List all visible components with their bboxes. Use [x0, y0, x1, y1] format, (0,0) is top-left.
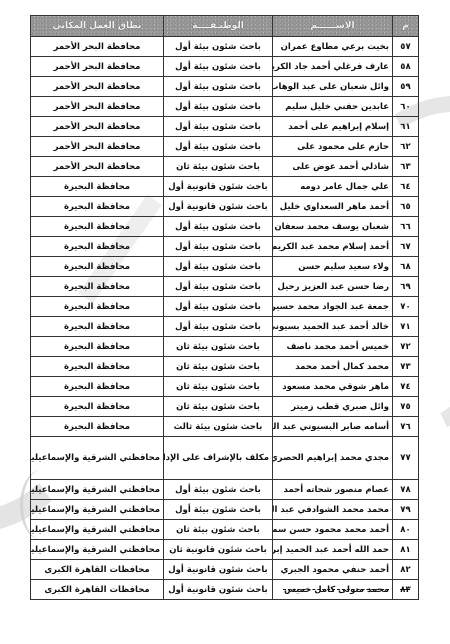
table-header-row: م الاســــــم الوظيـفــــة نطاق العمل ال…: [31, 16, 419, 37]
job-title: باحث شئون بيئة أول: [164, 237, 273, 257]
job-title: باحث شئون بيئة أول: [164, 217, 273, 237]
row-number: ٦٥: [393, 197, 419, 217]
work-scope: محافظة البحر الأحمر: [31, 137, 164, 157]
row-number: ٧٥: [393, 397, 419, 417]
job-title: باحث شئون بيئة أول: [164, 500, 273, 520]
row-number: ٦٠: [393, 97, 419, 117]
employee-name: عصام منصور شحاته أحمد: [273, 480, 393, 500]
employees-table: م الاســــــم الوظيـفــــة نطاق العمل ال…: [30, 15, 419, 600]
employee-name: خميس أحمد محمد ناصف: [273, 337, 393, 357]
job-title: باحث شئون بيئة أول: [164, 97, 273, 117]
row-number: ٦٤: [393, 177, 419, 197]
table-row: ٥٨عارف فرغلي أحمد جاد الكريمباحث شئون بي…: [31, 57, 419, 77]
row-number: ٧٢: [393, 337, 419, 357]
table-row: ٧١خالد أحمد عبد الحميد بسيونيباحث شئون ب…: [31, 317, 419, 337]
work-scope: محافظة البحر الأحمر: [31, 37, 164, 57]
row-number: ٥٨: [393, 57, 419, 77]
job-title: باحث شئون بيئة أول: [164, 277, 273, 297]
work-scope: محافظة البحر الأحمر: [31, 77, 164, 97]
employee-name: أحمد إسلام محمد عبد الكريم: [273, 237, 393, 257]
work-scope: محافظة البحر الأحمر: [31, 97, 164, 117]
work-scope: محافظتي الشرقية والإسماعيلية: [31, 540, 164, 560]
work-scope: محافظات القاهرة الكبرى: [31, 560, 164, 580]
work-scope: محافظتي الشرقية والإسماعيلية: [31, 480, 164, 500]
table-row: ٧٦أسامه صابر البسيوني عبد المنعمباحث شئو…: [31, 417, 419, 437]
employee-name: وائل شعبان على عبد الوهاب: [273, 77, 393, 97]
employee-name: أسامه صابر البسيوني عبد المنعم: [273, 417, 393, 437]
employee-name: بخيت برعي مطاوع عمران: [273, 37, 393, 57]
row-number: ٨١: [393, 540, 419, 560]
table-row: ٦٧أحمد إسلام محمد عبد الكريمباحث شئون بي…: [31, 237, 419, 257]
header-number: م: [393, 16, 419, 37]
row-number: ٧٧: [393, 437, 419, 480]
employee-name: ماهر شوقي محمد مسعود: [273, 377, 393, 397]
employee-name: أحمد محمد محمود حسن سمرة: [273, 520, 393, 540]
work-scope: محافظة البحيرة: [31, 377, 164, 397]
job-title: باحث شئون بيئة أول: [164, 257, 273, 277]
table-row: ٦٨ولاء سعيد سليم حسنباحث شئون بيئة أولمح…: [31, 257, 419, 277]
job-title: باحث شئون بيئة ثان: [164, 157, 273, 177]
job-title: باحث شئون قانونية ثان: [164, 540, 273, 560]
row-number: ٧١: [393, 317, 419, 337]
employee-name: مجدي محمد إبراهيم الحصري: [273, 437, 393, 480]
job-title: باحث شئون بيئة أول: [164, 297, 273, 317]
row-number: ٨٣: [393, 580, 419, 600]
job-title: باحث شئون بيئة أول: [164, 77, 273, 97]
employee-name: محمد محمد الشوادفي عبد الله: [273, 500, 393, 520]
row-number: ٦٨: [393, 257, 419, 277]
table-row: ٧٣محمد كمال أحمد محمدباحث شئون بيئة ثانم…: [31, 357, 419, 377]
employee-name: محمد كمال أحمد محمد: [273, 357, 393, 377]
employee-name: خالد أحمد عبد الحميد بسيوني: [273, 317, 393, 337]
employee-name: حازم على محمود على: [273, 137, 393, 157]
row-number: ٧٤: [393, 377, 419, 397]
job-title: باحث شئون بيئة ثان: [164, 520, 273, 540]
employee-name: إسلام إبراهيم على أحمد: [273, 117, 393, 137]
table-row: ٦٦شعبان يوسف محمد سعفانباحث شئون بيئة أو…: [31, 217, 419, 237]
job-title: باحث شئون قانونية أول: [164, 177, 273, 197]
header-scope: نطاق العمل المكاني: [31, 16, 164, 37]
job-title: باحث شئون بيئة ثان: [164, 357, 273, 377]
table-row: ٨١حمد الله أحمد عبد الحميد إبراهيمباحث ش…: [31, 540, 419, 560]
work-scope: محافظة البحيرة: [31, 217, 164, 237]
table-row: ٨٣محمد متولى كامل خميسباحث شئون قانونية …: [31, 580, 419, 600]
table-row: ٧٤ماهر شوقي محمد مسعودباحث شئون بيئة ثان…: [31, 377, 419, 397]
row-number: ٥٩: [393, 77, 419, 97]
table-row: ٦٠عابدين حفني خليل سليمباحث شئون بيئة أو…: [31, 97, 419, 117]
table-row: ٧٥وائل صبري قطب زميترباحث شئون بيئة ثانم…: [31, 397, 419, 417]
row-number: ٧٨: [393, 480, 419, 500]
employee-name: عابدين حفني خليل سليم: [273, 97, 393, 117]
job-title: باحث شئون بيئة ثان: [164, 337, 273, 357]
work-scope: محافظة البحر الأحمر: [31, 57, 164, 77]
employee-name: شاذلي أحمد عوض على: [273, 157, 393, 177]
work-scope: محافظة البحيرة: [31, 177, 164, 197]
table-row: ٦٥أحمد ماهر السعداوي خليلباحث شئون قانون…: [31, 197, 419, 217]
row-number: ٨٢: [393, 560, 419, 580]
work-scope: محافظة البحيرة: [31, 337, 164, 357]
row-number: ٦٣: [393, 157, 419, 177]
job-title: باحث شئون بيئة أول: [164, 317, 273, 337]
row-number: ٧٠: [393, 297, 419, 317]
row-number: ٦٦: [393, 217, 419, 237]
table-body: ٥٧بخيت برعي مطاوع عمرانباحث شئون بيئة أو…: [31, 37, 419, 600]
work-scope: محافظة البحيرة: [31, 317, 164, 337]
work-scope: محافظات القاهرة الكبرى: [31, 580, 164, 600]
job-title: باحث شئون بيئة أول: [164, 117, 273, 137]
table-row: ٦٩رضا حسن عبد العزيز رحيلباحث شئون بيئة …: [31, 277, 419, 297]
job-title: باحث شئون بيئة ثالث: [164, 417, 273, 437]
work-scope: محافظة البحيرة: [31, 277, 164, 297]
work-scope: محافظة البحيرة: [31, 257, 164, 277]
table-row: ٧٠جمعة عبد الجواد محمد حسينباحث شئون بيئ…: [31, 297, 419, 317]
row-number: ٦٧: [393, 237, 419, 257]
job-title: باحث شئون قانونية أول: [164, 197, 273, 217]
job-title: باحث شئون بيئة ثان: [164, 397, 273, 417]
employee-name: شعبان يوسف محمد سعفان: [273, 217, 393, 237]
table-row: ٨٢أحمد حنفي محمود الجبريباحث شئون قانوني…: [31, 560, 419, 580]
work-scope: محافظة البحر الأحمر: [31, 117, 164, 137]
employee-name: وائل صبري قطب زميتر: [273, 397, 393, 417]
job-title: باحث شئون بيئة أول: [164, 137, 273, 157]
work-scope: محافظة البحر الأحمر: [31, 157, 164, 177]
work-scope: محافظتي الشرقية والإسماعيلية: [31, 437, 164, 480]
row-number: ٥٧: [393, 37, 419, 57]
job-title: باحث شئون بيئة ثان: [164, 377, 273, 397]
row-number: ٧٣: [393, 357, 419, 377]
job-title: باحث شئون بيئة أول: [164, 480, 273, 500]
work-scope: محافظة البحيرة: [31, 197, 164, 217]
job-title: باحث شئون قانونية أول: [164, 580, 273, 600]
table-row: ٨٠أحمد محمد محمود حسن سمرةباحث شئون بيئة…: [31, 520, 419, 540]
employee-name: علي جمال عامر دومه: [273, 177, 393, 197]
table-row: ٦٢حازم على محمود علىباحث شئون بيئة أولمح…: [31, 137, 419, 157]
work-scope: محافظتي الشرقية والإسماعيلية: [31, 500, 164, 520]
table-row: ٧٩محمد محمد الشوادفي عبد اللهباحث شئون ب…: [31, 500, 419, 520]
table-row: ٦١إسلام إبراهيم على أحمدباحث شئون بيئة أ…: [31, 117, 419, 137]
job-title: مكلف بالإشراف على الإدارة العامة لفرع مح…: [164, 437, 273, 480]
table-row: ٧٢خميس أحمد محمد ناصفباحث شئون بيئة ثانم…: [31, 337, 419, 357]
table-row: ٦٣شاذلي أحمد عوض علىباحث شئون بيئة ثانمح…: [31, 157, 419, 177]
employee-name: عارف فرغلي أحمد جاد الكريم: [273, 57, 393, 77]
row-number: ٦١: [393, 117, 419, 137]
employee-name: أحمد ماهر السعداوي خليل: [273, 197, 393, 217]
header-job: الوظيـفــــة: [164, 16, 273, 37]
employee-name: ولاء سعيد سليم حسن: [273, 257, 393, 277]
employee-name: محمد متولى كامل خميس: [273, 580, 393, 600]
work-scope: محافظة البحيرة: [31, 357, 164, 377]
employee-name: جمعة عبد الجواد محمد حسين: [273, 297, 393, 317]
work-scope: محافظة البحيرة: [31, 397, 164, 417]
table-row: ٧٧مجدي محمد إبراهيم الحصريمكلف بالإشراف …: [31, 437, 419, 480]
job-title: باحث شئون بيئة أول: [164, 57, 273, 77]
row-number: ٦٢: [393, 137, 419, 157]
table-row: ٥٧بخيت برعي مطاوع عمرانباحث شئون بيئة أو…: [31, 37, 419, 57]
job-title: باحث شئون بيئة أول: [164, 37, 273, 57]
work-scope: محافظتي الشرقية والإسماعيلية: [31, 520, 164, 540]
employee-name: حمد الله أحمد عبد الحميد إبراهيم: [273, 540, 393, 560]
work-scope: محافظة البحيرة: [31, 297, 164, 317]
row-number: ٧٩: [393, 500, 419, 520]
work-scope: محافظة البحيرة: [31, 417, 164, 437]
header-name: الاســــــم: [273, 16, 393, 37]
row-number: ٦٩: [393, 277, 419, 297]
employee-name: رضا حسن عبد العزيز رحيل: [273, 277, 393, 297]
work-scope: محافظة البحيرة: [31, 237, 164, 257]
table-row: ٧٨عصام منصور شحاته أحمدباحث شئون بيئة أو…: [31, 480, 419, 500]
table-row: ٥٩وائل شعبان على عبد الوهابباحث شئون بيئ…: [31, 77, 419, 97]
table-row: ٦٤علي جمال عامر دومهباحث شئون قانونية أو…: [31, 177, 419, 197]
row-number: ٧٦: [393, 417, 419, 437]
row-number: ٨٠: [393, 520, 419, 540]
job-title: باحث شئون قانونية أول: [164, 560, 273, 580]
employee-name: أحمد حنفي محمود الجبري: [273, 560, 393, 580]
